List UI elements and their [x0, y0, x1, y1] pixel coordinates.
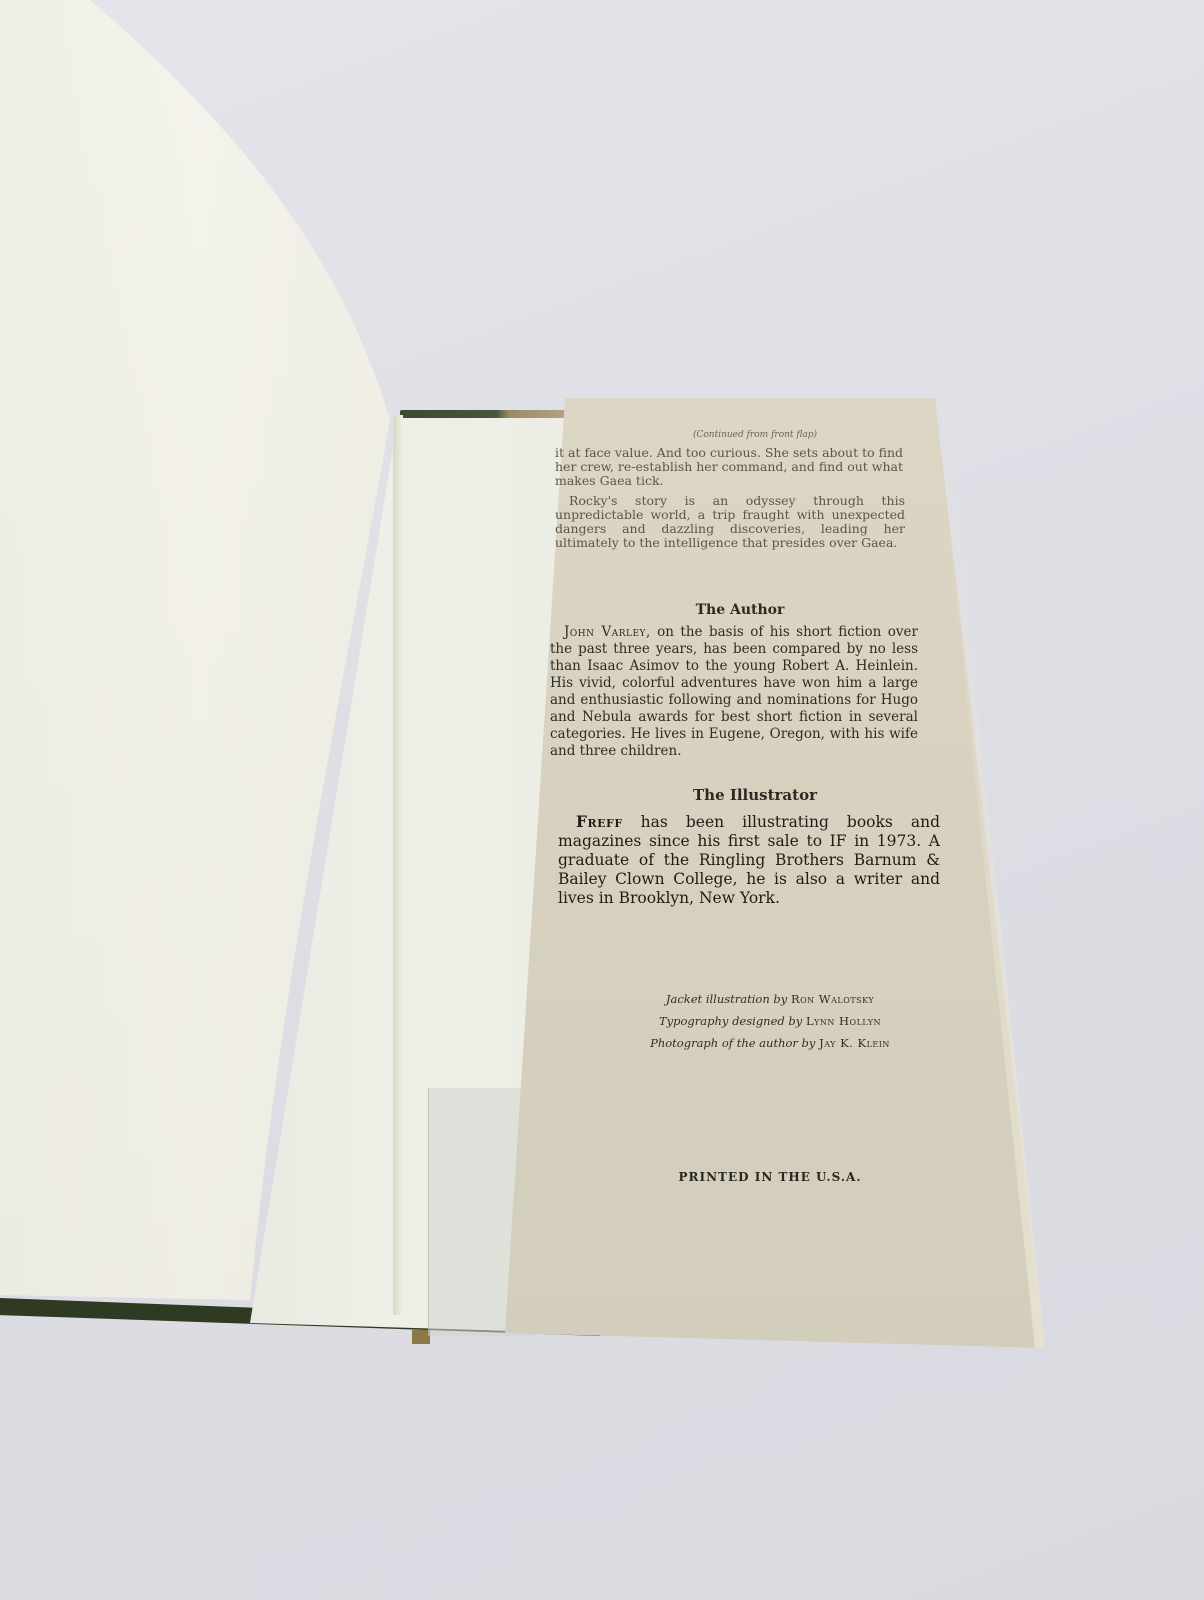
author-heading: The Author	[560, 602, 920, 618]
printed-in-usa: PRINTED IN THE U.S.A.	[560, 1170, 980, 1184]
credit-line: Photograph of the author by Jay K. Klein	[560, 1032, 980, 1054]
author-name: John Varley,	[564, 624, 651, 640]
illustrator-name: Freff	[576, 812, 623, 831]
credit-line: Jacket illustration by Ron Walotsky	[560, 988, 980, 1010]
intro-paragraph-2: Rocky's story is an odyssey through this…	[555, 494, 905, 550]
illustrator-heading: The Illustrator	[560, 786, 950, 804]
illustrator-bio: Freff has been illustrating books and ma…	[558, 812, 940, 908]
author-bio-text: on the basis of his short fiction over t…	[550, 624, 918, 759]
credits-block: Jacket illustration by Ron Walotsky Typo…	[560, 988, 980, 1054]
credit-line: Typography designed by Lynn Hollyn	[560, 1010, 980, 1032]
flap-text: (Continued from front flap) it at face v…	[560, 430, 950, 1184]
intro-paragraph-1: it at face value. And too curious. She s…	[555, 446, 903, 488]
author-bio: John Varley, on the basis of his short f…	[550, 624, 918, 760]
endpaper-hinge	[393, 415, 403, 1315]
continued-note: (Continued from front flap)	[560, 430, 950, 440]
